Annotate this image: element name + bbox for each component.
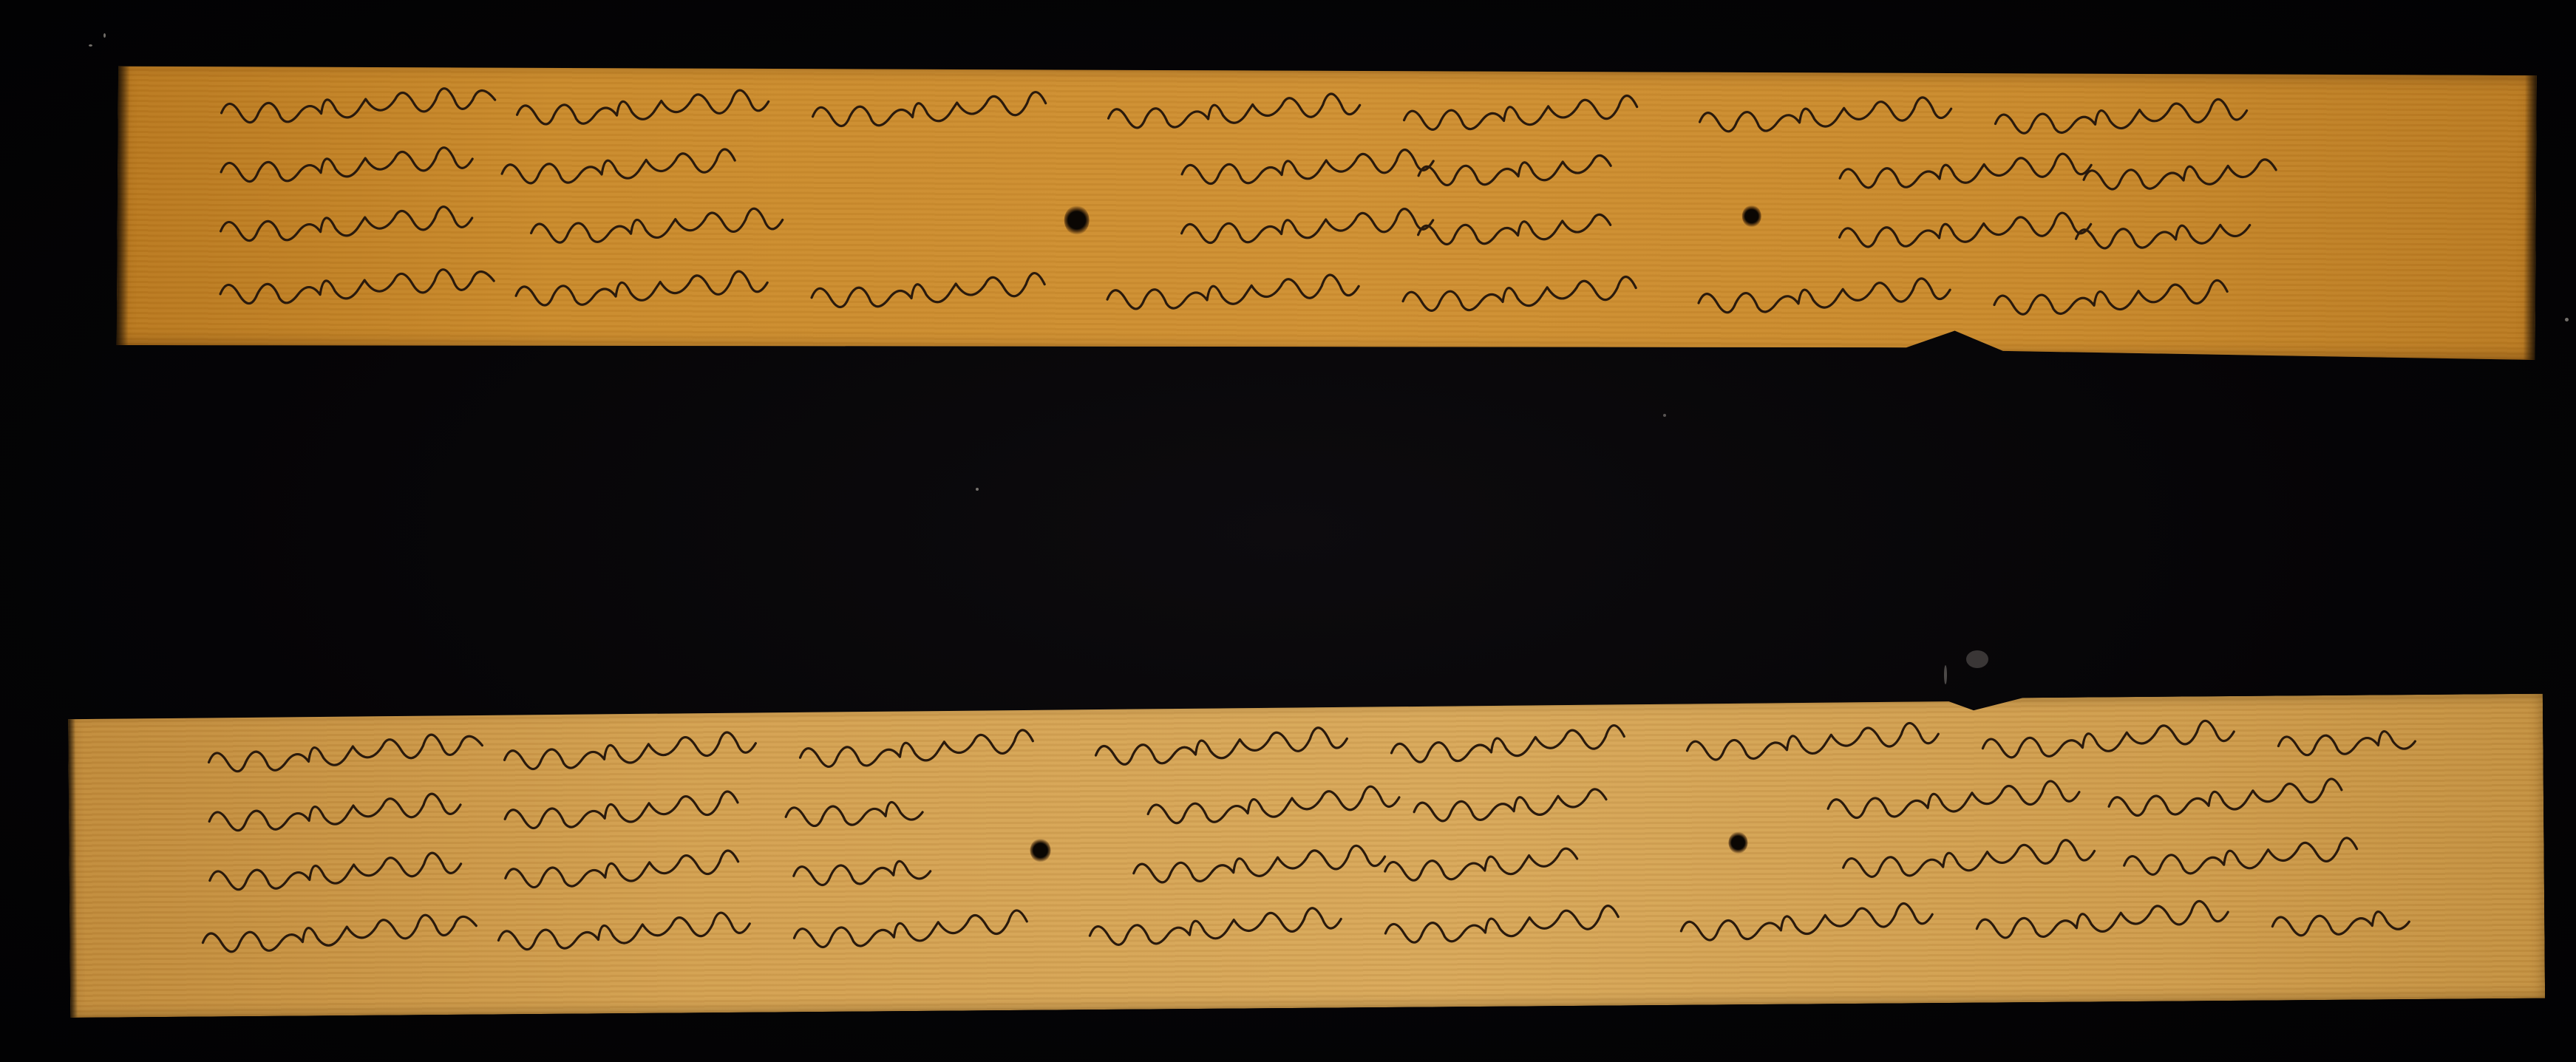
script-line-2-block-a bbox=[209, 786, 971, 843]
string-hole-left bbox=[1030, 839, 1050, 862]
lint-speck bbox=[1966, 650, 1988, 668]
lint-speck bbox=[103, 33, 106, 38]
lint-speck bbox=[2565, 318, 2569, 321]
script-line-2-block-a bbox=[221, 143, 783, 198]
script-line-3-block-a bbox=[209, 845, 979, 902]
lint-speck bbox=[1944, 665, 1947, 684]
lint-speck bbox=[1663, 414, 1666, 417]
script-line-3-block-a bbox=[220, 202, 849, 257]
string-hole-right bbox=[1742, 205, 1761, 227]
script-line-2-block-c bbox=[1828, 775, 2390, 831]
leaf-edge-right bbox=[2524, 75, 2537, 360]
script-line-3-block-b bbox=[1133, 840, 1607, 896]
script-line-4 bbox=[220, 265, 2334, 329]
palm-leaf-bottom: small tear along top edge near right, li… bbox=[68, 694, 2545, 1018]
script-line-2-block-b bbox=[1182, 145, 1640, 200]
lint-speck bbox=[89, 44, 92, 47]
script-line-2-block-b bbox=[1148, 780, 1651, 836]
script-line-4 bbox=[203, 895, 2494, 964]
string-hole-right bbox=[1728, 831, 1747, 854]
script-line-3-block-c bbox=[1839, 208, 2283, 262]
script-line-2-block-c bbox=[1840, 149, 2305, 203]
string-hole-left bbox=[1064, 205, 1090, 235]
lint-speck bbox=[976, 488, 979, 491]
leaf-edge-left bbox=[117, 61, 130, 345]
palm-leaf-top: darkened edges, small tear along bottom … bbox=[117, 61, 2537, 360]
script-line-3-block-c bbox=[1843, 834, 2405, 890]
script-line-3-block-b bbox=[1181, 204, 1639, 259]
script-line-1 bbox=[221, 84, 2350, 149]
script-line-1 bbox=[208, 715, 2463, 785]
